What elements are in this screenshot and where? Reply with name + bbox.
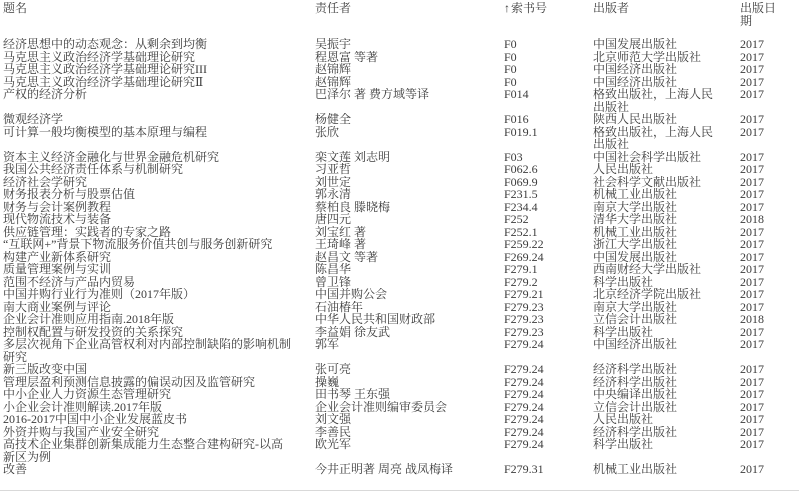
pub-date-cell: 2017 [740, 338, 799, 363]
call-number-cell: F279.31 [504, 463, 593, 476]
title-cell: 中小企业人力资源生态管理研究 [0, 388, 315, 401]
table-row: 高技术企业集群创新集成能力生态整合建构研究-以高新区为例欧光军F279.24科学… [0, 438, 799, 463]
title-cell: “互联网+”背景下物流服务价值共创与服务创新研究 [0, 238, 315, 251]
call-number-cell: F269.24 [504, 251, 593, 264]
table-row: 财务与会计案例教程蔡柏良 滕晓梅F234.4南京大学出版社2017 [0, 201, 799, 214]
pub-date-cell: 2017 [740, 151, 799, 164]
call-number-cell: F259.22 [504, 238, 593, 251]
title-cell: 马克思主义政治经济学基础理论研究III [0, 63, 315, 76]
pub-date-cell: 2017 [740, 376, 799, 389]
publisher-cell: 科学出版社 [593, 438, 740, 463]
title-cell: 经济思想中的动态观念：从剩余到均衡 [0, 38, 315, 51]
author-cell: 刘世定 [315, 176, 504, 189]
table-row: 多层次视角下企业高管权利对内部控制缺陷的影响机制研究郭军F279.24中国经济出… [0, 338, 799, 363]
table-row: 资本主义经济金融化与世界金融危机研究栾文莲 刘志明F03中国社会科学出版社201… [0, 151, 799, 164]
author-cell: 企业会计准则编审委员会 [315, 401, 504, 414]
catalog-page: 题名 责任者 ↑索书号 出版者 出版日期 经济思想中的动态观念：从剩余到均衡吴振… [0, 0, 799, 496]
author-cell: 张欣 [315, 126, 504, 151]
call-number-cell: F279.23 [504, 313, 593, 326]
title-cell: 马克思主义政治经济学基础理论研究 [0, 51, 315, 64]
col-header-call-number-label: 索书号 [511, 2, 547, 15]
call-number-cell: F279.24 [504, 413, 593, 426]
table-row: 财务报表分析与股票估值郭永清F231.5机械工业出版社2017 [0, 188, 799, 201]
catalog-table: 题名 责任者 ↑索书号 出版者 出版日期 经济思想中的动态观念：从剩余到均衡吴振… [0, 2, 799, 476]
call-number-cell: F279.2 [504, 276, 593, 289]
publisher-cell: 社会科学文献出版社 [593, 176, 740, 189]
col-header-author[interactable]: 责任者 [315, 2, 504, 38]
call-number-cell: F279.1 [504, 263, 593, 276]
title-cell: 新三版改变中国 [0, 363, 315, 376]
sort-ascending-icon: ↑ [504, 2, 510, 15]
pub-date-cell: 2017 [740, 463, 799, 476]
table-row: 企业会计准则应用指南.2018年版中华人民共和国财政部F279.23立信会计出版… [0, 313, 799, 326]
pub-date-cell: 2018 [740, 313, 799, 326]
call-number-cell: F0 [504, 63, 593, 76]
call-number-cell: F279.23 [504, 301, 593, 314]
table-row: 可计算一般均衡模型的基本原理与编程张欣F019.1格致出版社，上海人民出版社20… [0, 126, 799, 151]
publisher-cell: 机械工业出版社 [593, 463, 740, 476]
title-cell: 产权的经济分析 [0, 88, 315, 113]
author-cell: 郭永清 [315, 188, 504, 201]
call-number-cell: F0 [504, 51, 593, 64]
publisher-cell: 南京大学出版社 [593, 301, 740, 314]
publisher-cell: 北京经济学院出版社 [593, 288, 740, 301]
call-number-cell: F234.4 [504, 201, 593, 214]
table-row: 微观经济学杨健全F016陕西人民出版社2017 [0, 113, 799, 126]
pub-date-cell: 2017 [740, 426, 799, 439]
author-cell: 刘宝红 著 [315, 226, 504, 239]
publisher-cell: 经济科学出版社 [593, 426, 740, 439]
publisher-cell: 立信会计出版社 [593, 313, 740, 326]
title-cell: 管理层盈利预测信息披露的偏误动因及监管研究 [0, 376, 315, 389]
call-number-cell: F252 [504, 213, 593, 226]
publisher-cell: 陕西人民出版社 [593, 113, 740, 126]
call-number-cell: F019.1 [504, 126, 593, 151]
table-row: 我国公共经济责任体系与机制研究习亚哲F062.6人民出版社2017 [0, 163, 799, 176]
table-row: 供应链管理：实践者的专家之路刘宝红 著F252.1机械工业出版社2017 [0, 226, 799, 239]
call-number-cell: F279.24 [504, 338, 593, 363]
title-cell: 多层次视角下企业高管权利对内部控制缺陷的影响机制研究 [0, 338, 315, 363]
call-number-cell: F062.6 [504, 163, 593, 176]
author-cell: 杨健全 [315, 113, 504, 126]
table-row: 经济思想中的动态观念：从剩余到均衡吴振宇F0中国发展出版社2017 [0, 38, 799, 51]
pub-date-cell: 2017 [740, 38, 799, 51]
pub-date-cell: 2017 [740, 188, 799, 201]
title-cell: 中国并购行业行为准则（2017年版） [0, 288, 315, 301]
pub-date-cell: 2017 [740, 288, 799, 301]
table-row: 新三版改变中国张可亮F279.24经济科学出版社2017 [0, 363, 799, 376]
pub-date-cell: 2017 [740, 388, 799, 401]
table-row: 马克思主义政治经济学基础理论研究Ⅱ赵锦辉F0中国经济出版社2017 [0, 76, 799, 89]
col-header-author-label: 责任者 [315, 2, 351, 15]
call-number-cell: F069.9 [504, 176, 593, 189]
title-cell: 质量管理案例与实训 [0, 263, 315, 276]
publisher-cell: 人民出版社 [593, 413, 740, 426]
title-cell: 控制权配置与研发投资的关系探究 [0, 326, 315, 339]
title-cell: 财务报表分析与股票估值 [0, 188, 315, 201]
pub-date-cell: 2017 [740, 113, 799, 126]
publisher-cell: 格致出版社，上海人民出版社 [593, 126, 740, 151]
author-cell: 曾卫锋 [315, 276, 504, 289]
pub-date-cell: 2017 [740, 363, 799, 376]
author-cell: 张可亮 [315, 363, 504, 376]
table-body: 经济思想中的动态观念：从剩余到均衡吴振宇F0中国发展出版社2017马克思主义政治… [0, 38, 799, 476]
publisher-cell: 人民出版社 [593, 163, 740, 176]
title-cell: 经济社会学研究 [0, 176, 315, 189]
author-cell: 刘文强 [315, 413, 504, 426]
call-number-cell: F231.5 [504, 188, 593, 201]
col-header-title-label: 题名 [3, 2, 27, 15]
title-cell: 现代物流技术与装备 [0, 213, 315, 226]
publisher-cell: 格致出版社，上海人民出版社 [593, 88, 740, 113]
pub-date-cell: 2017 [740, 201, 799, 214]
table-row: 马克思主义政治经济学基础理论研究程恩富 等著F0北京师范大学出版社2017 [0, 51, 799, 64]
author-cell: 欧光军 [315, 438, 504, 463]
table-row: “互联网+”背景下物流服务价值共创与服务创新研究王琦峰 著F259.22浙江大学… [0, 238, 799, 251]
pub-date-cell: 2017 [740, 163, 799, 176]
publisher-cell: 西南财经大学出版社 [593, 263, 740, 276]
author-cell: 操巍 [315, 376, 504, 389]
title-cell: 我国公共经济责任体系与机制研究 [0, 163, 315, 176]
title-cell: 资本主义经济金融化与世界金融危机研究 [0, 151, 315, 164]
table-row: 2016-2017中国中小企业发展蓝皮书刘文强F279.24人民出版社2017 [0, 413, 799, 426]
publisher-cell: 科学出版社 [593, 326, 740, 339]
col-header-publisher-label: 出版者 [593, 2, 629, 15]
col-header-title[interactable]: 题名 [0, 2, 315, 38]
publisher-cell: 中国经济出版社 [593, 338, 740, 363]
author-cell: 今井正明著 周亮 战凤梅译 [315, 463, 504, 476]
call-number-cell: F014 [504, 88, 593, 113]
pub-date-cell: 2017 [740, 238, 799, 251]
publisher-cell: 科学出版社 [593, 276, 740, 289]
call-number-cell: F279.24 [504, 401, 593, 414]
table-row: 控制权配置与研发投资的关系探究李益娟 徐友武F279.23科学出版社2017 [0, 326, 799, 339]
publisher-cell: 清华大学出版社 [593, 213, 740, 226]
table-row: 经济社会学研究刘世定F069.9社会科学文献出版社2017 [0, 176, 799, 189]
title-cell: 马克思主义政治经济学基础理论研究Ⅱ [0, 76, 315, 89]
call-number-cell: F279.23 [504, 326, 593, 339]
title-cell: 财务与会计案例教程 [0, 201, 315, 214]
pub-date-cell: 2018 [740, 213, 799, 226]
author-cell: 石油椿年 [315, 301, 504, 314]
pub-date-cell: 2017 [740, 326, 799, 339]
publisher-cell: 中国经济出版社 [593, 63, 740, 76]
col-header-pub-date[interactable]: 出版日期 [740, 2, 799, 38]
col-header-pub-date-label: 出版日期 [740, 2, 776, 28]
author-cell: 田书琴 王东强 [315, 388, 504, 401]
publisher-cell: 南京大学出版社 [593, 201, 740, 214]
title-cell: 改善 [0, 463, 315, 476]
pub-date-cell: 2017 [740, 401, 799, 414]
publisher-cell: 经济科学出版社 [593, 376, 740, 389]
title-cell: 微观经济学 [0, 113, 315, 126]
author-cell: 郭军 [315, 338, 504, 363]
author-cell: 王琦峰 著 [315, 238, 504, 251]
publisher-cell: 机械工业出版社 [593, 226, 740, 239]
table-row: 质量管理案例与实训陈昌华F279.1西南财经大学出版社2017 [0, 263, 799, 276]
author-cell: 中国并购公会 [315, 288, 504, 301]
col-header-publisher[interactable]: 出版者 [593, 2, 740, 38]
title-cell: 南大商业案例与评论 [0, 301, 315, 314]
title-cell: 企业会计准则应用指南.2018年版 [0, 313, 315, 326]
author-cell: 陈昌华 [315, 263, 504, 276]
publisher-cell: 中央编译出版社 [593, 388, 740, 401]
author-cell: 蔡柏良 滕晓梅 [315, 201, 504, 214]
publisher-cell: 浙江大学出版社 [593, 238, 740, 251]
pub-date-cell: 2017 [740, 126, 799, 151]
table-row: 中国并购行业行为准则（2017年版）中国并购公会F279.21北京经济学院出版社… [0, 288, 799, 301]
title-cell: 2016-2017中国中小企业发展蓝皮书 [0, 413, 315, 426]
table-row: 管理层盈利预测信息披露的偏误动因及监管研究操巍F279.24经济科学出版社201… [0, 376, 799, 389]
publisher-cell: 立信会计出版社 [593, 401, 740, 414]
pub-date-cell: 2017 [740, 263, 799, 276]
author-cell: 巴泽尔 著 费方域等译 [315, 88, 504, 113]
pub-date-cell: 2017 [740, 176, 799, 189]
title-cell: 外资并购与我国产业安全研究 [0, 426, 315, 439]
publisher-cell: 中国发展出版社 [593, 251, 740, 264]
call-number-cell: F279.24 [504, 376, 593, 389]
author-cell: 习亚哲 [315, 163, 504, 176]
table-row: 产权的经济分析巴泽尔 著 费方域等译F014格致出版社，上海人民出版社2017 [0, 88, 799, 113]
table-row: 小企业会计准则解读.2017年版企业会计准则编审委员会F279.24立信会计出版… [0, 401, 799, 414]
author-cell: 吴振宇 [315, 38, 504, 51]
call-number-cell: F252.1 [504, 226, 593, 239]
publisher-cell: 经济科学出版社 [593, 363, 740, 376]
pub-date-cell: 2017 [740, 251, 799, 264]
table-row: 改善今井正明著 周亮 战凤梅译F279.31机械工业出版社2017 [0, 463, 799, 476]
author-cell: 李益娟 徐友武 [315, 326, 504, 339]
bottom-divider [0, 490, 799, 491]
title-cell: 范围不经济与产品内贸易 [0, 276, 315, 289]
author-cell: 栾文莲 刘志明 [315, 151, 504, 164]
title-cell: 构建产业新体系研究 [0, 251, 315, 264]
pub-date-cell: 2017 [740, 63, 799, 76]
call-number-cell: F03 [504, 151, 593, 164]
call-number-cell: F279.24 [504, 438, 593, 463]
pub-date-cell: 2017 [740, 76, 799, 89]
table-row: 范围不经济与产品内贸易曾卫锋F279.2科学出版社2017 [0, 276, 799, 289]
table-row: 中小企业人力资源生态管理研究田书琴 王东强F279.24中央编译出版社2017 [0, 388, 799, 401]
pub-date-cell: 2017 [740, 438, 799, 463]
author-cell: 唐四元 [315, 213, 504, 226]
author-cell: 赵昌文 等著 [315, 251, 504, 264]
publisher-cell: 北京师范大学出版社 [593, 51, 740, 64]
pub-date-cell: 2017 [740, 301, 799, 314]
publisher-cell: 中国发展出版社 [593, 38, 740, 51]
pub-date-cell: 2017 [740, 413, 799, 426]
table-row: 外资并购与我国产业安全研究李善民F279.24经济科学出版社2017 [0, 426, 799, 439]
call-number-cell: F279.24 [504, 363, 593, 376]
call-number-cell: F279.21 [504, 288, 593, 301]
call-number-cell: F016 [504, 113, 593, 126]
table-row: 构建产业新体系研究赵昌文 等著F269.24中国发展出版社2017 [0, 251, 799, 264]
table-header-row: 题名 责任者 ↑索书号 出版者 出版日期 [0, 2, 799, 38]
author-cell: 赵锦辉 [315, 76, 504, 89]
col-header-call-number[interactable]: ↑索书号 [504, 2, 593, 38]
call-number-cell: F0 [504, 76, 593, 89]
call-number-cell: F0 [504, 38, 593, 51]
pub-date-cell: 2017 [740, 276, 799, 289]
title-cell: 高技术企业集群创新集成能力生态整合建构研究-以高新区为例 [0, 438, 315, 463]
title-cell: 可计算一般均衡模型的基本原理与编程 [0, 126, 315, 151]
publisher-cell: 中国经济出版社 [593, 76, 740, 89]
publisher-cell: 中国社会科学出版社 [593, 151, 740, 164]
call-number-cell: F279.24 [504, 388, 593, 401]
call-number-cell: F279.24 [504, 426, 593, 439]
publisher-cell: 机械工业出版社 [593, 188, 740, 201]
title-cell: 小企业会计准则解读.2017年版 [0, 401, 315, 414]
author-cell: 中华人民共和国财政部 [315, 313, 504, 326]
pub-date-cell: 2017 [740, 88, 799, 113]
author-cell: 程恩富 等著 [315, 51, 504, 64]
table-row: 马克思主义政治经济学基础理论研究III赵锦辉F0中国经济出版社2017 [0, 63, 799, 76]
title-cell: 供应链管理：实践者的专家之路 [0, 226, 315, 239]
table-row: 南大商业案例与评论石油椿年F279.23南京大学出版社2017 [0, 301, 799, 314]
table-row: 现代物流技术与装备唐四元F252清华大学出版社2018 [0, 213, 799, 226]
pub-date-cell: 2017 [740, 51, 799, 64]
author-cell: 李善民 [315, 426, 504, 439]
pub-date-cell: 2017 [740, 226, 799, 239]
author-cell: 赵锦辉 [315, 63, 504, 76]
